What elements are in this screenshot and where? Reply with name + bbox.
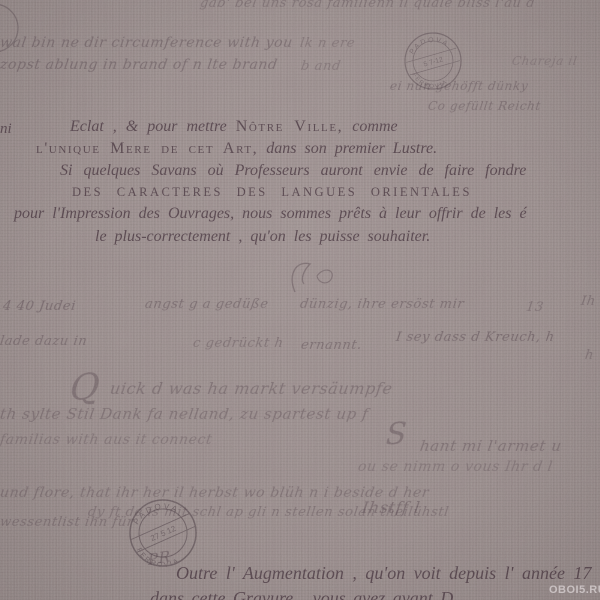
printed-line: pour l'Impression des Ouvrages, nous som…: [14, 206, 527, 222]
handwriting-fragment: Co gefüllt Reicht: [427, 100, 542, 112]
handwriting-fragment: dünzig, ihre ersöst mir: [299, 298, 465, 311]
printed-line: ni: [0, 122, 12, 137]
printed-line: Si quelques Savans où Professeurs auront…: [60, 163, 526, 179]
printed-segment: Nôtre Ville,: [236, 118, 344, 135]
site-watermark: OBOI5.RU: [549, 585, 600, 596]
handwriting-fragment: h: [584, 349, 595, 362]
postmark-partial-topleft-icon: [0, 2, 40, 62]
handwriting-fragment: ernannt.: [300, 339, 363, 352]
handwriting-fragment: I sey dass d Kreuch, h: [395, 331, 555, 344]
postmark-top-icon: PADOVA FERROVIA 5 7-12: [398, 26, 468, 96]
handwriting-fragment: Ihstff l: [361, 500, 421, 516]
handwriting-fragment: b and: [300, 60, 342, 73]
handwriting-fragment: gab' bel uns rosa familienn il quale bli…: [199, 0, 536, 10]
printed-line: DES CARACTERES DES LANGUES ORIENTALES: [72, 186, 472, 199]
printed-line: Eclat , & pour mettre Nôtre Ville, comme: [70, 119, 398, 135]
printed-line: le plus-correctement , qu'on les puisse …: [95, 229, 430, 245]
printed-segment: Eclat , & pour mettre: [70, 118, 236, 135]
postmark-arc-text: PADOVA: [132, 502, 181, 526]
svg-text:PADOVA: PADOVA: [132, 502, 181, 526]
handwriting-fragment: familias with aus it connect: [0, 433, 213, 447]
postmark-date: 5 7-12: [423, 56, 444, 68]
handwriting-fragment: hant mi l'armet u: [419, 439, 563, 454]
printed-segment: comme: [343, 118, 397, 135]
handwriting-fragment: wessentlist ihn für: [0, 516, 135, 529]
handwriting-fragment: Chareja il: [511, 55, 578, 67]
handwriting-fragment: lk n ere: [299, 37, 356, 50]
script-linen-wallpaper: gab' bel uns rosa familienn il quale bli…: [0, 0, 600, 600]
handwriting-fragment: wal bin ne dir circumference with you: [0, 36, 294, 50]
handwriting-capital: Q: [69, 369, 101, 408]
printed-segment: l'unique Mere de cet Art,: [36, 140, 258, 157]
handwriting-fragment: Ih: [580, 295, 597, 308]
printed-line: Outre l' Augmentation , qu'on voit depui…: [176, 564, 592, 582]
handwriting-fragment: lade dazu in: [0, 335, 88, 348]
handwriting-fragment: angst g a gedüße: [144, 298, 269, 311]
handwriting-fragment: th sylte Stil Dank fa nelland, zu sparte…: [0, 407, 369, 422]
printed-line: l'unique Mere de cet Art, dans son premi…: [36, 141, 437, 157]
handwriting-fragment: ou se nimm o vous Ihr d l: [357, 460, 554, 474]
printed-segment: dans son premier Lustre.: [258, 140, 437, 157]
handwriting-capital: S: [385, 419, 408, 451]
handwriting-fragment: uick d was ha markt versäumpfe: [109, 381, 394, 397]
printed-line: dans cette Gravure , vous avez ayant D…: [150, 589, 469, 600]
handwriting-fragment: c gedrückt h: [192, 337, 284, 350]
handwriting-fragment: 13: [525, 301, 545, 314]
handwriting-fragment: 4 40 Judei: [2, 300, 77, 313]
handwriting-fragment: zopst ablung in brand of n lte brand: [0, 58, 279, 72]
flourish-ornament-icon: [283, 256, 343, 298]
